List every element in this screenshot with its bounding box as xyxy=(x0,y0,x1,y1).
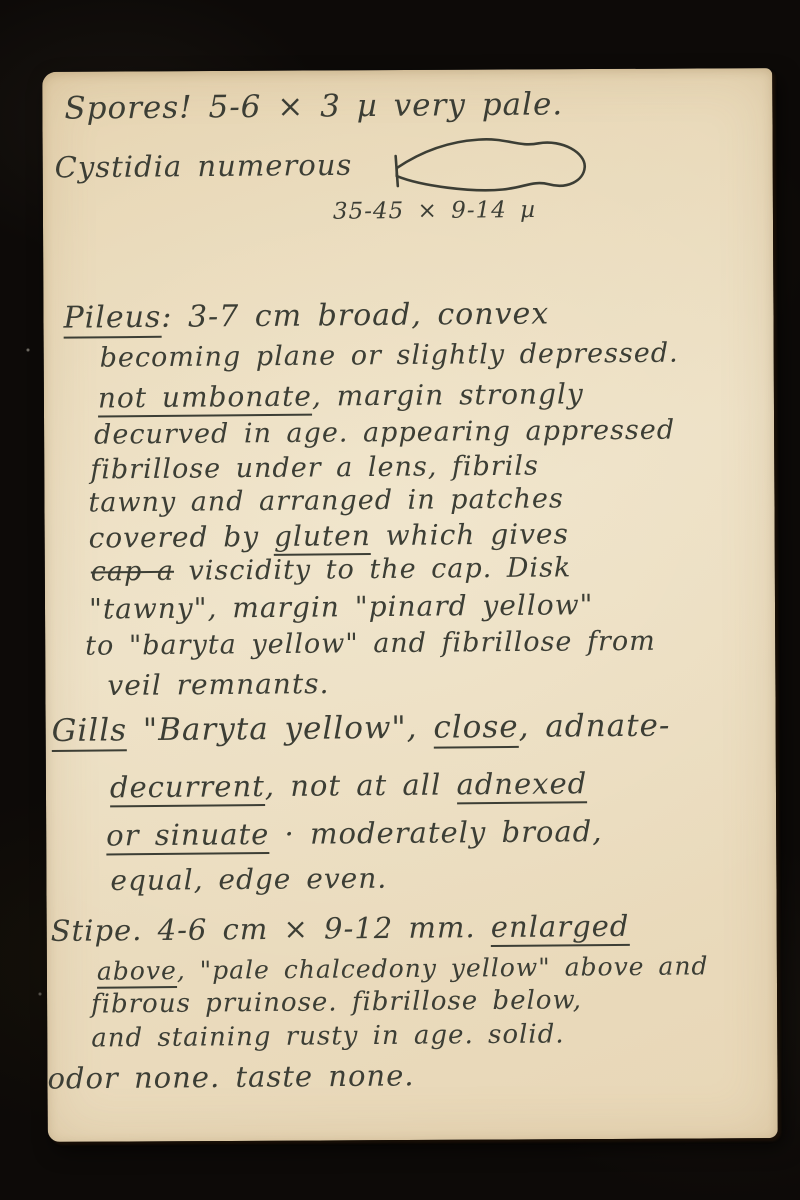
stipe-line-2-segment-0: above xyxy=(97,956,177,989)
pileus-line-11-segment-0: veil remnants. xyxy=(107,667,329,702)
gills-line-1-segment-3: , adnate- xyxy=(518,708,670,745)
gills-line-2: decurrent, not at all adnexed xyxy=(110,766,588,804)
cystidium-sketch xyxy=(381,129,596,202)
pileus-line-8-segment-1: viscidity to the cap. Disk xyxy=(174,552,572,586)
stipe-line-1-segment-1: enlarged xyxy=(491,909,630,947)
gills-line-1-segment-1: "Baryta yellow", xyxy=(127,710,434,749)
stipe-line-4-segment-0: and staining rusty in age. solid. xyxy=(91,1019,565,1053)
pileus-line-7-segment-0: covered by xyxy=(89,520,275,555)
pileus-line-3-segment-0: not umbonate xyxy=(98,380,312,418)
photo-background: Spores! 5-6 × 3 µ very pale.Cystidia num… xyxy=(0,0,800,1200)
pileus-line-7-segment-2: which gives xyxy=(371,517,569,552)
stipe-line-5-segment-0: odor none. taste none. xyxy=(47,1058,414,1095)
gills-line-1-segment-2: close xyxy=(433,709,519,749)
spores-header-segment-1: 5-6 × 3 µ xyxy=(193,88,378,126)
pileus-line-8: cap a viscidity to the cap. Disk xyxy=(91,552,572,587)
pileus-line-9-segment-0: "tawny", margin "pinard yellow" xyxy=(89,588,594,625)
cystidia-line: Cystidia numerous xyxy=(55,148,353,185)
stipe-line-4: and staining rusty in age. solid. xyxy=(91,1019,565,1053)
pileus-line-6: tawny and arranged in patches xyxy=(88,483,564,518)
pileus-line-1: Pileus: 3-7 cm broad, convex xyxy=(63,296,549,335)
pileus-line-10: to "baryta yellow" and fibrillose from xyxy=(85,626,656,662)
stipe-line-1-segment-0: Stipe. 4-6 cm × 9-12 mm. xyxy=(51,910,491,948)
pileus-line-4-segment-0: decurved in age. appearing appressed xyxy=(94,415,675,451)
gills-line-3-segment-0: or sinuate xyxy=(106,817,269,855)
cystidium-body-outline xyxy=(397,139,585,191)
pileus-line-9: "tawny", margin "pinard yellow" xyxy=(89,588,594,625)
cystidia-line-segment-0: Cystidia numerous xyxy=(55,148,353,185)
pileus-line-2-segment-0: becoming plane or slightly depressed. xyxy=(100,338,679,374)
pileus-line-5-segment-0: fibrillose under a lens, fibrils xyxy=(90,451,539,486)
pileus-line-10-segment-0: to "baryta yellow" and fibrillose from xyxy=(85,626,656,662)
pileus-line-1-segment-1: : 3-7 cm broad, convex xyxy=(161,296,549,334)
stipe-line-3-segment-0: fibrous pruinose. fibrillose below, xyxy=(91,985,582,1019)
gills-line-3: or sinuate · moderately broad, xyxy=(106,814,603,852)
cystidia-measurements-segment-0: 35-45 × 9-14 µ xyxy=(333,197,536,225)
spores-header-segment-2: very pale. xyxy=(378,86,564,124)
cystidia-measurements: 35-45 × 9-14 µ xyxy=(333,197,536,225)
pileus-line-8-segment-0: cap a xyxy=(91,556,174,588)
spores-header: Spores! 5-6 × 3 µ very pale. xyxy=(64,86,563,126)
cystidium-base-bar xyxy=(396,156,398,186)
stipe-line-5: odor none. taste none. xyxy=(47,1058,414,1095)
pileus-line-7-segment-1: gluten xyxy=(274,519,371,556)
gills-line-2-segment-1: , not at all xyxy=(265,767,457,803)
pileus-line-3: not umbonate, margin strongly xyxy=(98,377,584,414)
gills-line-1: Gills "Baryta yellow", close, adnate- xyxy=(51,708,670,749)
gills-line-2-segment-2: adnexed xyxy=(456,766,587,804)
stipe-line-2: above, "pale chalcedony yellow" above an… xyxy=(97,951,709,985)
gills-line-1-segment-0: Gills xyxy=(51,712,127,752)
spores-header-segment-0: Spores! xyxy=(64,90,193,127)
pileus-line-2: becoming plane or slightly depressed. xyxy=(100,338,679,374)
pileus-line-6-segment-0: tawny and arranged in patches xyxy=(88,483,564,518)
pileus-line-3-segment-1: , margin strongly xyxy=(312,377,584,412)
pileus-line-11: veil remnants. xyxy=(107,667,329,702)
handwriting-layer: Spores! 5-6 × 3 µ very pale.Cystidia num… xyxy=(42,68,772,72)
gills-line-2-segment-0: decurrent xyxy=(110,769,265,807)
stipe-line-1: Stipe. 4-6 cm × 9-12 mm. enlarged xyxy=(51,909,630,948)
pileus-line-5: fibrillose under a lens, fibrils xyxy=(90,451,539,486)
gills-line-3-segment-1: · moderately broad, xyxy=(269,814,602,851)
gills-line-4-segment-0: equal, edge even. xyxy=(110,862,387,897)
stipe-line-3: fibrous pruinose. fibrillose below, xyxy=(91,985,582,1019)
stipe-line-2-segment-1: , "pale chalcedony yellow" above and xyxy=(177,951,709,985)
pileus-line-1-segment-0: Pileus xyxy=(63,300,161,339)
gills-line-4: equal, edge even. xyxy=(110,862,387,897)
pileus-line-4: decurved in age. appearing appressed xyxy=(94,415,675,451)
index-card: Spores! 5-6 × 3 µ very pale.Cystidia num… xyxy=(42,68,778,1142)
pileus-line-7: covered by gluten which gives xyxy=(89,517,570,554)
